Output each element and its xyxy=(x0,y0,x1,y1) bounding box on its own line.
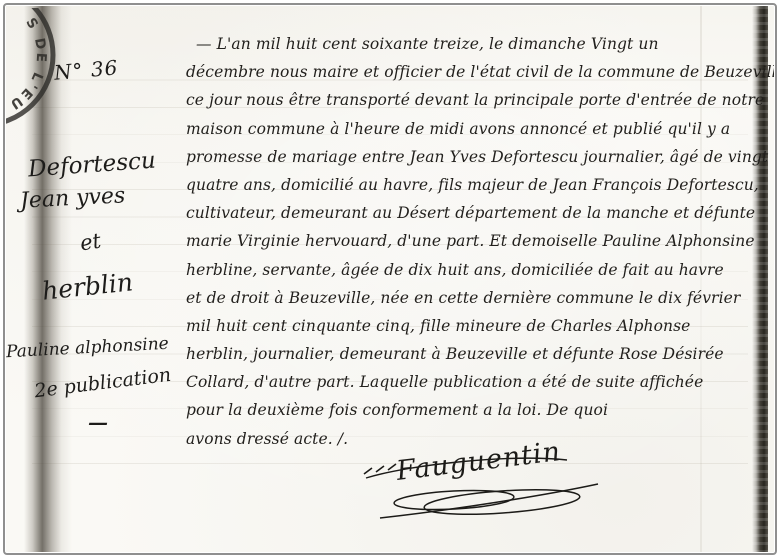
margin-conjunction: et xyxy=(78,229,102,256)
body-line: herbline, servante, âgée de dix huit ans… xyxy=(186,256,770,284)
body-line: mil huit cent cinquante cinq, fille mine… xyxy=(186,312,770,340)
register-page: S DE L'EU N° 36 Defortescu Jean yves et … xyxy=(6,6,774,552)
body-line: ce jour nous être transporté devant la p… xyxy=(186,86,770,114)
body-line: marie Virginie hervouard, d'une part. Et… xyxy=(186,227,770,255)
body-line: promesse de mariage entre Jean Yves Defo… xyxy=(186,143,770,171)
body-line: pour la deuxième fois conformement a la … xyxy=(186,396,770,424)
body-line: — L'an mil huit cent soixante treize, le… xyxy=(186,30,770,58)
body-line: Collard, d'autre part. Laquelle publicat… xyxy=(186,368,770,396)
body-line: quatre ans, domicilié au havre, fils maj… xyxy=(186,171,770,199)
body-line: maison commune à l'heure de midi avons a… xyxy=(186,115,770,143)
margin-dash: — xyxy=(88,410,108,434)
act-body-text: — L'an mil huit cent soixante treize, le… xyxy=(186,30,770,453)
mayor-signature: Fauguentin xyxy=(362,444,602,524)
archive-stamp-icon: S DE L'EU xyxy=(6,8,136,228)
body-line: cultivateur, demeurant au Désert départe… xyxy=(186,199,770,227)
body-line: et de droit à Beuzeville, née en cette d… xyxy=(186,284,770,312)
body-line: décembre nous maire et officier de l'éta… xyxy=(186,58,770,86)
body-line: herblin, journalier, demeurant à Beuzevi… xyxy=(186,340,770,368)
svg-text:S DE L'EU: S DE L'EU xyxy=(6,15,49,113)
document-scan: S DE L'EU N° 36 Defortescu Jean yves et … xyxy=(0,0,780,558)
